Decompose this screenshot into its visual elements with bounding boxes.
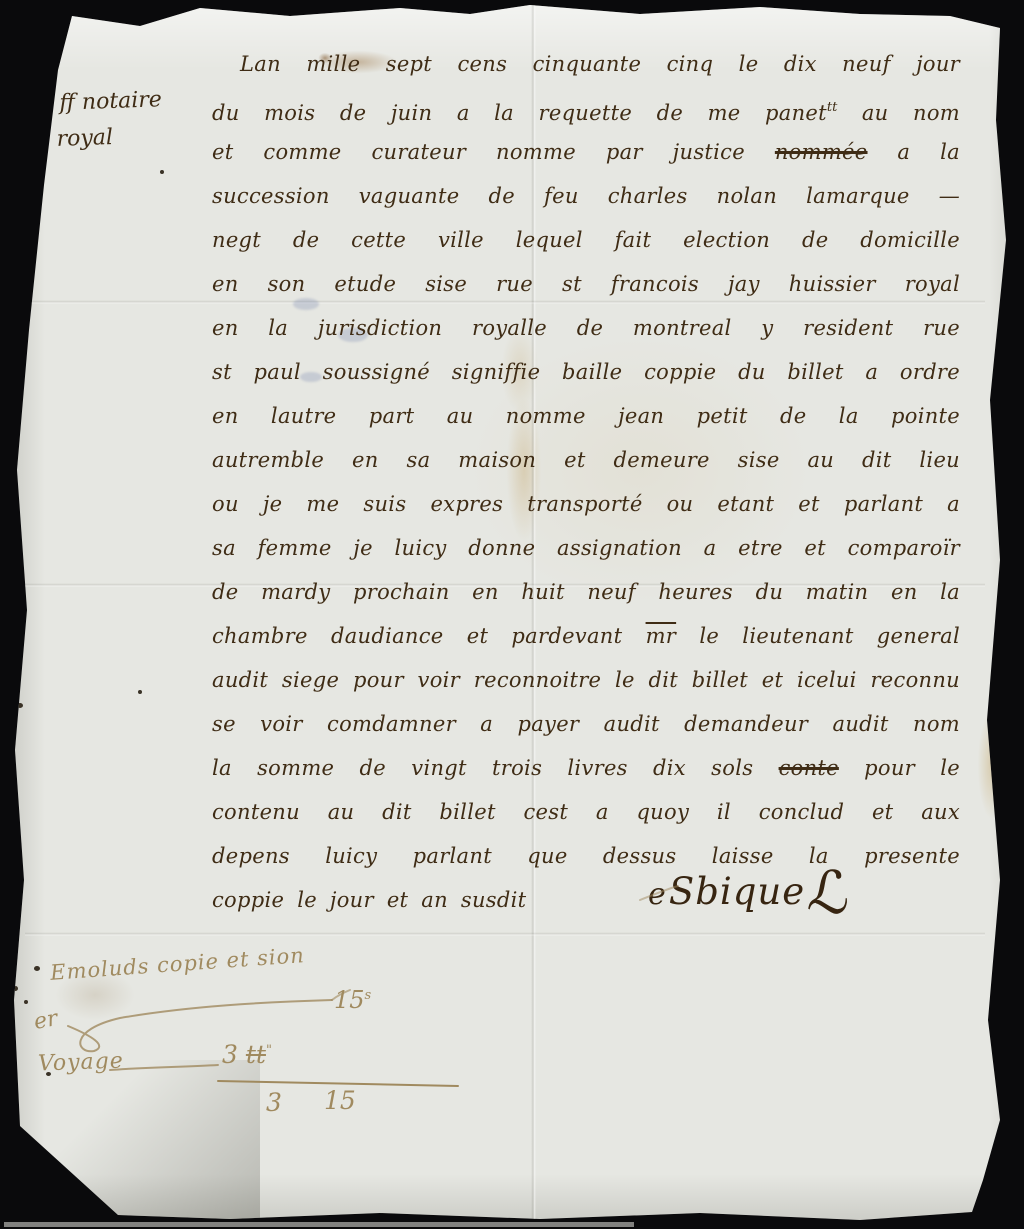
signature-swash: e <box>648 877 664 912</box>
foxing-speck <box>138 690 142 694</box>
manuscript-segment: negt de cette ville lequel fait election… <box>212 228 960 252</box>
margin-note-line: royal <box>56 118 164 158</box>
manuscript-segment: contenu au dit billet cest a quoy il con… <box>212 800 960 824</box>
manuscript-segment: et comme curateur nomme par justice <box>212 140 775 164</box>
fee-value-livres: 3 tt" <box>222 1040 272 1069</box>
manuscript-segment: tt <box>827 100 837 115</box>
horizontal-fold-crease <box>25 932 985 936</box>
manuscript-line: du mois de juin a la requette de me pane… <box>212 86 960 130</box>
manuscript-line: audit siege pour voir reconnoitre le dit… <box>212 658 960 702</box>
fee-total-sols: 15 <box>324 1086 356 1115</box>
foxing-speck <box>24 1000 28 1004</box>
signature-name: Sbique <box>669 870 805 913</box>
manuscript-segment: pour le <box>839 756 960 780</box>
fee-total-livres: 3 <box>266 1088 282 1117</box>
manuscript-segment: audit siege pour voir reconnoitre le dit… <box>212 668 960 692</box>
fee-value-sols: 15s <box>334 986 371 1014</box>
manuscript-line: contenu au dit billet cest a quoy il con… <box>212 790 960 834</box>
manuscript-line: chambre daudiance et pardevant mr le lie… <box>212 614 960 658</box>
manuscript-line: et comme curateur nomme par justice nomm… <box>212 130 960 174</box>
manuscript-segment: autremble en sa maison et demeure sise a… <box>212 448 960 472</box>
manuscript-line: en la jurisdiction royalle de montreal y… <box>212 306 960 350</box>
signature-flourish: ℒ <box>805 855 856 928</box>
manuscript-paper: ff notaire royal Lan mille sept cens cin… <box>0 0 1024 1229</box>
manuscript-line: sa femme je luicy donne assignation a et… <box>212 526 960 570</box>
photo-background: ff notaire royal Lan mille sept cens cin… <box>0 0 1024 1229</box>
foxing-speck <box>160 170 164 174</box>
fee-unit: s <box>365 988 372 1003</box>
manuscript-segment: en la jurisdiction royalle de montreal y… <box>212 316 960 340</box>
margin-note-line: ff notaire <box>59 82 163 122</box>
corner-shadow <box>0 1060 260 1229</box>
manuscript-segment: au nom <box>837 101 960 125</box>
manuscript-segment: sa femme je luicy donne assignation a et… <box>212 536 960 560</box>
livre-tournois-symbol: tt <box>246 1040 266 1069</box>
manuscript-line: de mardy prochain en huit neuf heures du… <box>212 570 960 614</box>
manuscript-segment: en lautre part au nomme jean petit de la… <box>212 404 960 428</box>
fee-unit: " <box>266 1043 272 1058</box>
manuscript-segment: Lan mille sept cens cinquante cinq le di… <box>240 52 960 76</box>
fee-line-emoluments: Emoluds copie et sion <box>49 943 305 985</box>
manuscript-line: negt de cette ville lequel fait election… <box>212 218 960 262</box>
foxing-speck <box>9 760 14 764</box>
foxing-speck <box>34 966 40 971</box>
manuscript-segment: ou je me suis expres transporté ou etant… <box>212 492 960 516</box>
manuscript-line: autremble en sa maison et demeure sise a… <box>212 438 960 482</box>
manuscript-segment: la somme de vingt trois livres dix sols <box>212 756 779 780</box>
manuscript-line: en son etude sise rue st francois jay hu… <box>212 262 960 306</box>
manuscript-line: Lan mille sept cens cinquante cinq le di… <box>212 42 960 86</box>
manuscript-segment: en son etude sise rue st francois jay hu… <box>212 272 960 296</box>
margin-note: ff notaire royal <box>59 82 164 158</box>
manuscript-segment: se voir comdamner a payer audit demandeu… <box>212 712 960 736</box>
manuscript-segment: chambre daudiance et pardevant <box>212 624 646 648</box>
fee-line-voyage: Voyage <box>38 1049 125 1077</box>
manuscript-segment: le lieutenant general <box>676 624 960 648</box>
manuscript-line: succession vaguante de feu charles nolan… <box>212 174 960 218</box>
manuscript-segment: succession vaguante de feu charles nolan… <box>212 184 960 208</box>
manuscript-line: en lautre part au nomme jean petit de la… <box>212 394 960 438</box>
foxing-speck <box>13 986 18 991</box>
manuscript-segment: du mois de juin a la requette de me pane… <box>212 101 827 125</box>
fee-label-abbrev: er <box>32 1006 60 1035</box>
signature: e Sbique ℒ <box>648 850 852 918</box>
manuscript-line: se voir comdamner a payer audit demandeu… <box>212 702 960 746</box>
manuscript-segment: coppie le jour et an susdit <box>212 888 526 912</box>
manuscript-segment: mr <box>646 624 677 648</box>
scanner-edge-strip <box>4 1222 634 1227</box>
manuscript-segment: a la <box>868 140 960 164</box>
manuscript-segment: st paul soussigné signiffie baille coppi… <box>212 360 960 384</box>
manuscript-line: st paul soussigné signiffie baille coppi… <box>212 350 960 394</box>
foxing-speck <box>17 703 23 708</box>
manuscript-text: Lan mille sept cens cinquante cinq le di… <box>212 42 960 922</box>
manuscript-line: la somme de vingt trois livres dix sols … <box>212 746 960 790</box>
fee-amount: 3 <box>222 1040 238 1069</box>
manuscript-line: ou je me suis expres transporté ou etant… <box>212 482 960 526</box>
manuscript-segment: de mardy prochain en huit neuf heures du… <box>212 580 960 604</box>
struck-word: conte <box>779 756 839 780</box>
fee-amount: 15 <box>334 986 365 1014</box>
struck-word: nommée <box>775 140 868 164</box>
